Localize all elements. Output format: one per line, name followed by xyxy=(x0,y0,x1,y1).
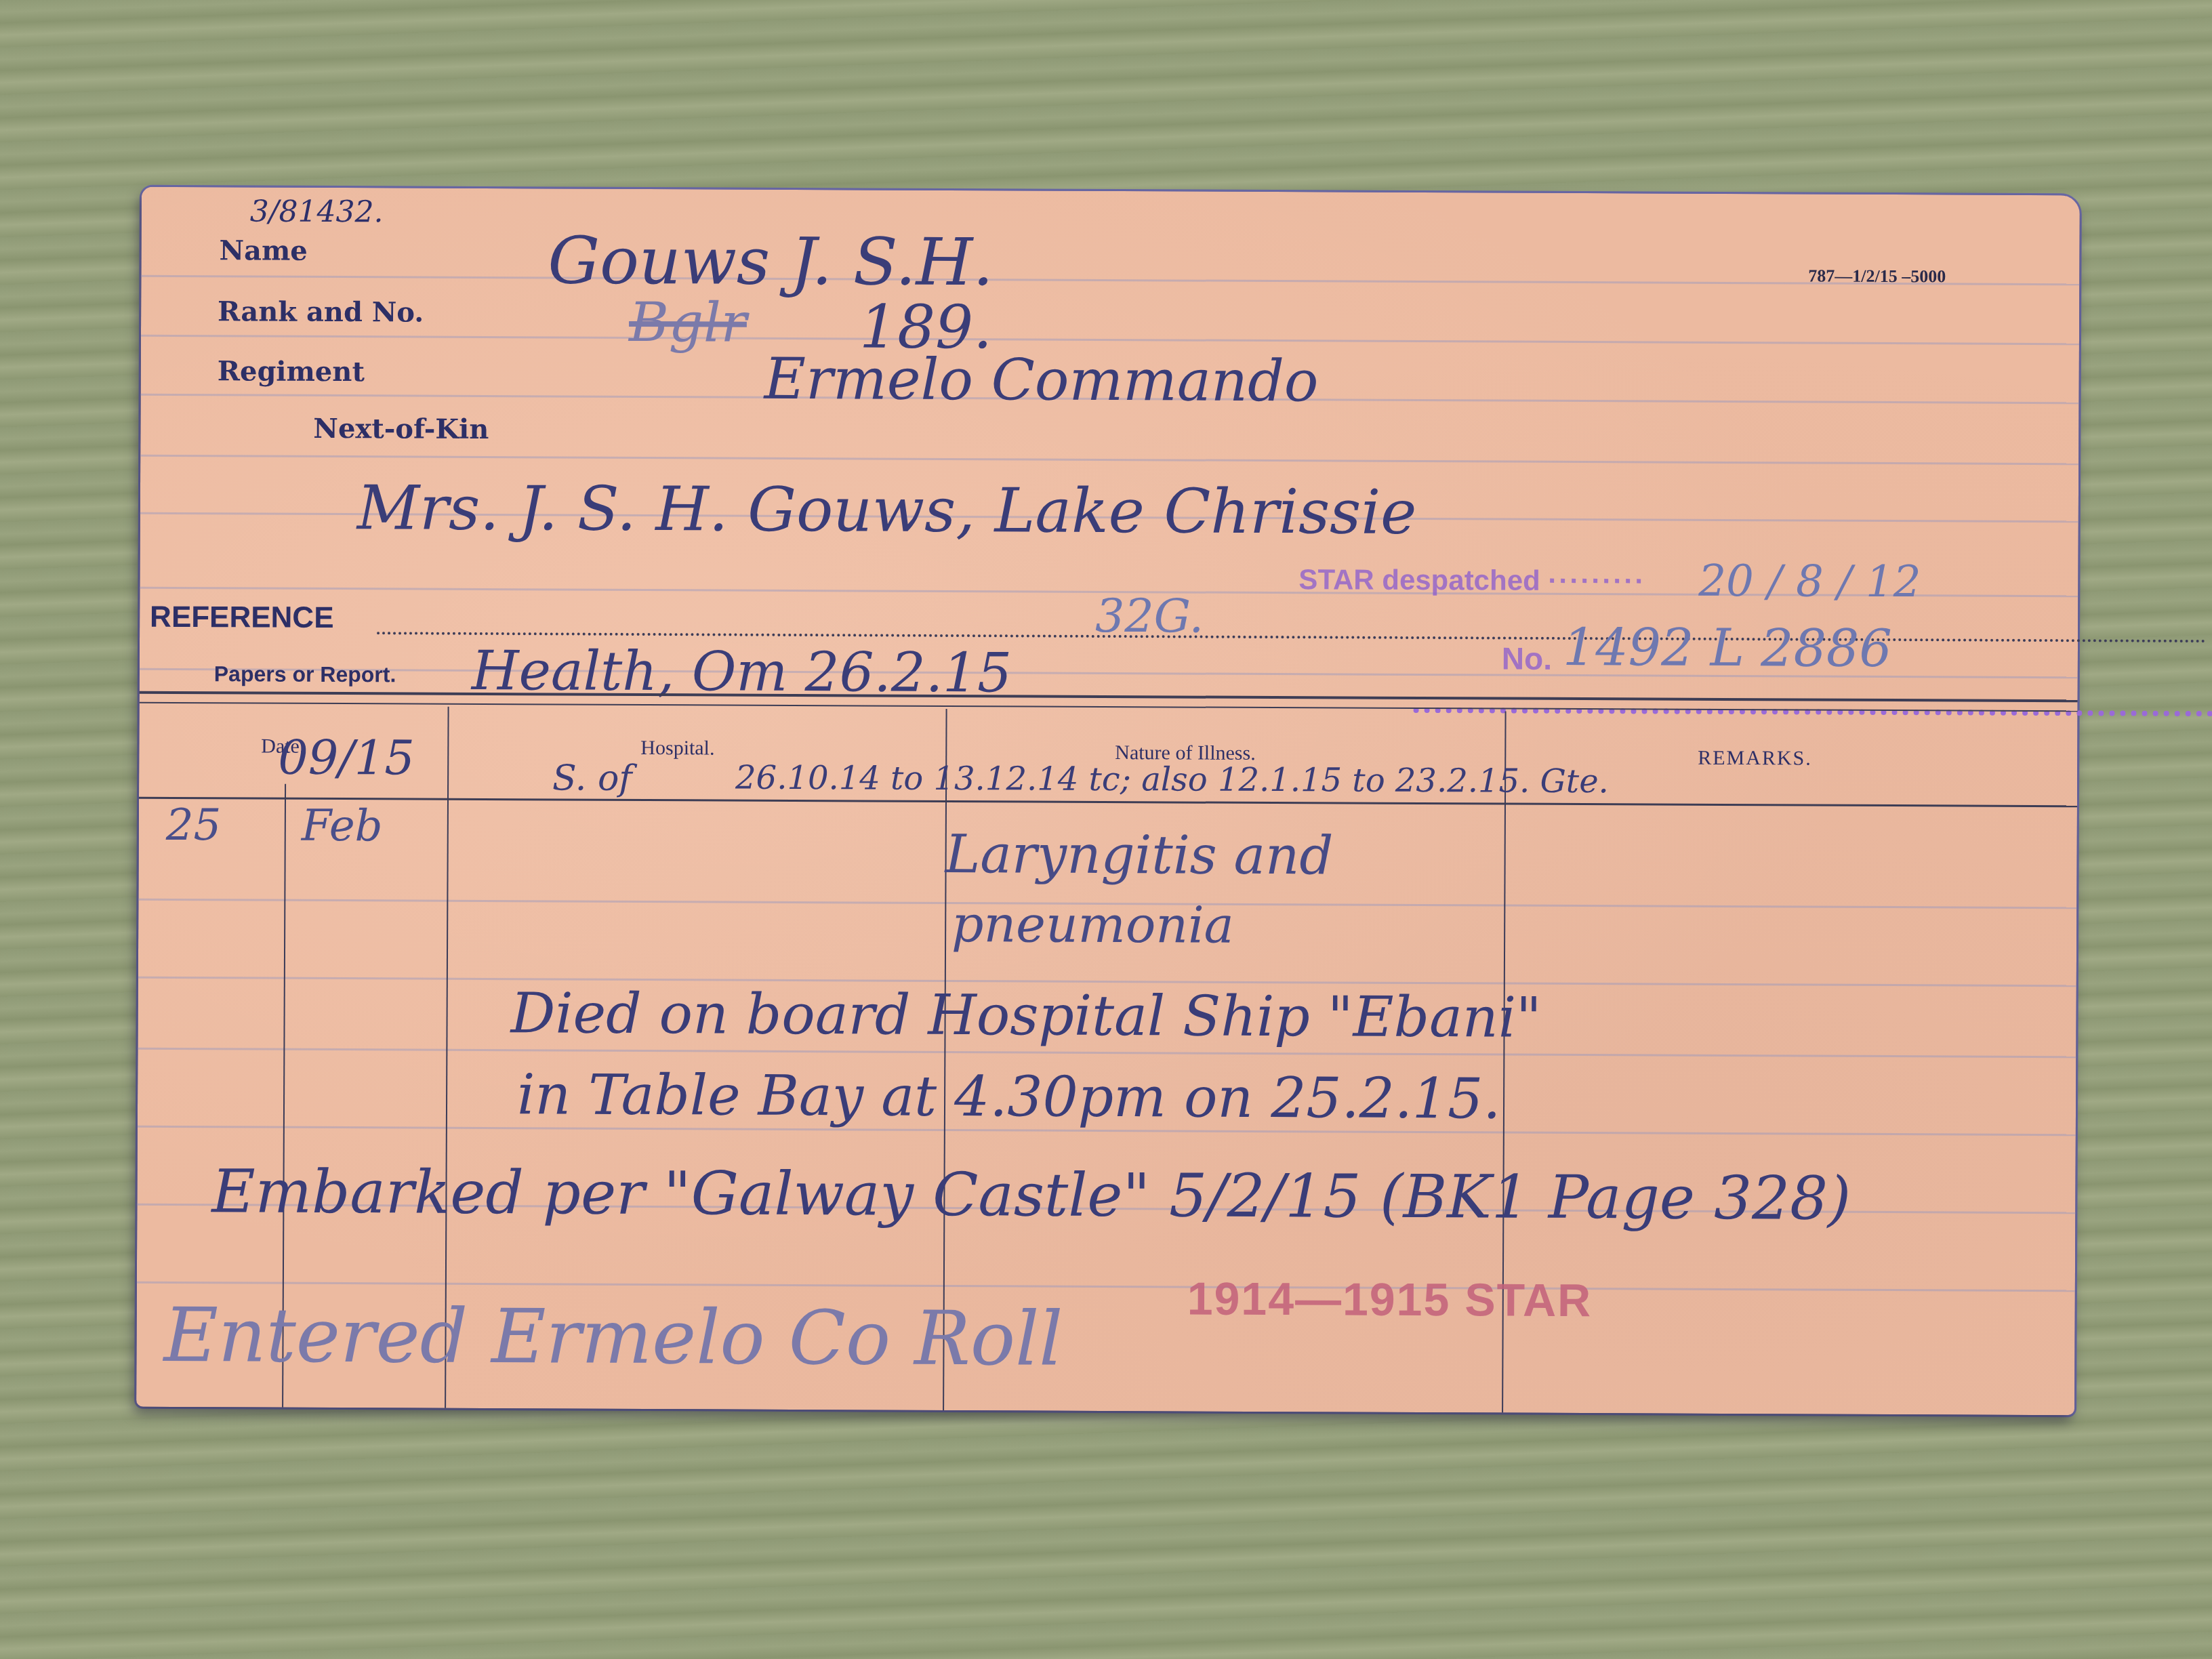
reference-value: 32G. xyxy=(1095,590,1204,644)
entry-day: 25 xyxy=(166,800,222,851)
star-number-stamp: No. xyxy=(1502,640,1552,677)
entry-month: Feb xyxy=(302,801,383,852)
embarked-note: Embarked per "Galway Castle" 5/2/15 (BK1… xyxy=(211,1156,1851,1233)
star-number-label: No. xyxy=(1502,641,1552,676)
soldier-name: Gouws J. S.H. xyxy=(548,222,994,300)
star-despatched-label: STAR despatched xyxy=(1298,563,1540,596)
papers-label: Papers or Report. xyxy=(214,661,396,687)
regiment-label: Regiment xyxy=(218,355,365,388)
illness-line-1: Laryngitis and xyxy=(945,824,1333,886)
next-of-kin-label: Next-of-Kin xyxy=(313,413,489,445)
rank-label: Rank and No. xyxy=(218,295,424,328)
medal-stamp: 1914—1915 STAR xyxy=(1187,1273,1593,1328)
regiment-value: Ermelo Commando xyxy=(764,346,1319,415)
header-divider-bottom xyxy=(140,702,2078,712)
name-label: Name xyxy=(219,234,307,267)
entered-note: Entered Ermelo Co Roll xyxy=(163,1292,1063,1382)
hospital-note: S. of xyxy=(552,758,632,799)
medal-index-card: 787—1/2/15 –5000 3/81432. Name Rank and … xyxy=(136,187,2080,1415)
header-divider-top xyxy=(140,691,2078,702)
remarks-header: REMARKS. xyxy=(1698,747,1812,771)
reference-label: REFERENCE xyxy=(150,600,334,635)
remarks-line-1: Died on board Hospital Ship "Ebani" xyxy=(510,981,1541,1050)
file-number: 3/81432. xyxy=(250,194,384,229)
hospital-header: Hospital. xyxy=(640,737,714,760)
next-of-kin-value: Mrs. J. S. H. Gouws, Lake Chrissie xyxy=(357,472,1417,548)
star-despatched-stamp: STAR despatched ········· xyxy=(1298,563,1645,597)
hospital-dates-note: 26.10.14 to 13.12.14 tc; also 12.1.15 to… xyxy=(735,759,1609,801)
table-header-rule xyxy=(139,797,2077,807)
rank-struck: Bglr xyxy=(629,291,747,354)
star-number-value: 1492 L 2886 xyxy=(1563,617,1892,678)
illness-line-2: pneumonia xyxy=(951,895,1234,955)
form-code: 787—1/2/15 –5000 xyxy=(1808,266,1946,287)
date-year-note: 09/15 xyxy=(278,730,415,786)
star-despatched-date: 20 / 8 / 12 xyxy=(1698,556,1921,607)
remarks-line-2: in Table Bay at 4.30pm on 25.2.15. xyxy=(517,1063,1501,1131)
